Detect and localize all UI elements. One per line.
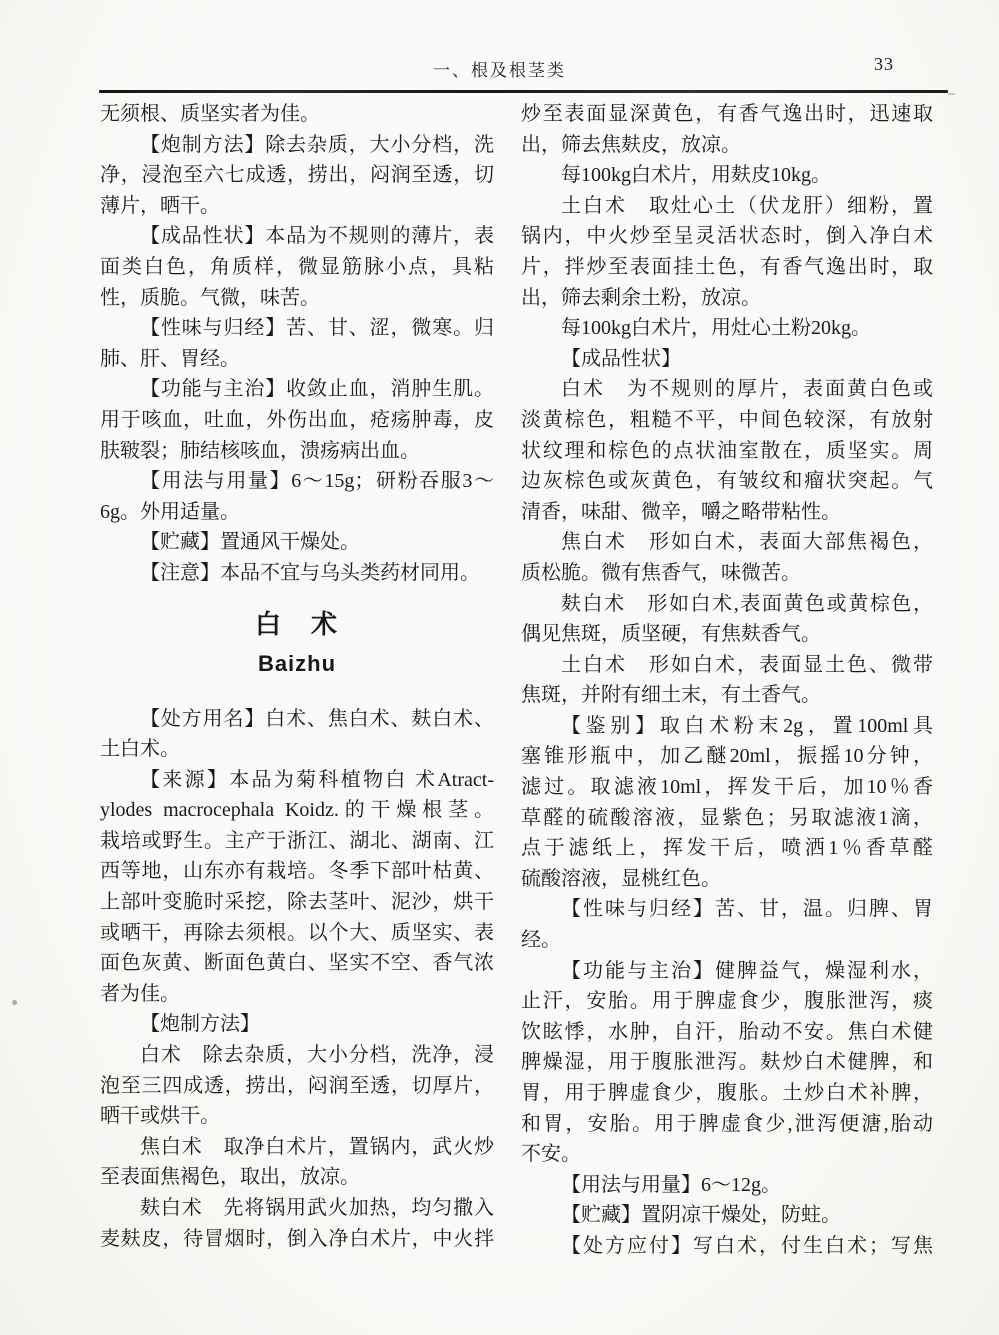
text-line: 西等地，山东亦有栽培。冬季下部叶枯黄、 xyxy=(100,856,494,887)
text-line: 土白术 取灶心土（伏龙肝）细粉，置 xyxy=(521,191,933,222)
text-line: 薄片，晒干。 xyxy=(100,191,494,222)
text-line: 上部叶变脆时采挖，除去茎叶、泥沙，烘干 xyxy=(100,887,494,918)
text-line: 6g。外用适量。 xyxy=(100,497,494,528)
text-line: 锅内，中火炒至呈灵活状态时，倒入净白术 xyxy=(521,221,933,252)
text-line: 滤过。取滤液10ml，挥发干后，加10％香 xyxy=(521,772,933,803)
text-line: 每100kg白术片，用灶心土粉20kg。 xyxy=(521,313,933,344)
text-line: 淡黄棕色，粗糙不平，中间色较深，有放射 xyxy=(521,405,933,436)
text-line: 【来源】本品为菊科植物白 术Atract- xyxy=(100,765,494,796)
text-line: 脾燥湿，用于腹胀泄泻。麸炒白术健脾，和 xyxy=(521,1047,933,1078)
text-line: 面类白色，角质样，微显筋脉小点，具粘 xyxy=(100,252,494,283)
text-line: 【贮藏】置阴凉干燥处，防蛀。 xyxy=(521,1200,933,1231)
text-line: 或晒干，再除去须根。以个大、质坚实、表 xyxy=(100,918,494,949)
text-line: 片，拌炒至表面挂土色，有香气逸出时，取 xyxy=(521,252,933,283)
text-line: 出，筛去焦麸皮，放凉。 xyxy=(521,130,933,161)
text-line: 泡至三四成透，捞出，闷润至透，切厚片， xyxy=(100,1071,494,1102)
text-line: 【用法与用量】6～15g；研粉吞服3～ xyxy=(100,466,494,497)
text-line: 【注意】本品不宜与乌头类药材同用。 xyxy=(100,558,494,589)
text-line: 清香，味甜、微辛，嚼之略带粘性。 xyxy=(521,497,933,528)
text-line: 偶见焦斑，质坚硬，有焦麸香气。 xyxy=(521,619,933,650)
text-line: 硫酸溶液，显桃红色。 xyxy=(521,864,933,895)
text-line: 经。 xyxy=(521,925,933,956)
text-line: ylodes macrocephala Koidz.的干燥根茎。 xyxy=(100,795,494,826)
text-line: 塞锥形瓶中，加乙醚20ml，振摇10分钟， xyxy=(521,741,933,772)
header-rule xyxy=(99,90,948,93)
text-line: 质松脆。微有焦香气，味微苦。 xyxy=(521,558,933,589)
text-line: 【功能与主治】健脾益气，燥湿利水， xyxy=(521,956,933,987)
text-line: 晒干或烘干。 xyxy=(100,1101,494,1132)
text-line: 【功能与主治】收敛止血，消肿生肌。 xyxy=(100,374,494,405)
text-line: 土白术 形如白术，表面显土色、微带 xyxy=(521,650,933,681)
text-line: 每100kg白术片，用麸皮10kg。 xyxy=(521,160,933,191)
text-line: 【鉴别】取白术粉末2g，置100ml具 xyxy=(521,711,933,742)
text-line: 麸白术 形如白术,表面黄色或黄棕色， xyxy=(521,589,933,620)
text-line: 无须根、质坚实者为佳。 xyxy=(100,99,494,130)
text-line: 出，筛去剩余土粉，放凉。 xyxy=(521,283,933,314)
text-line: 胃，用于脾虚食少，腹胀。土炒白术补脾， xyxy=(521,1078,933,1109)
text-line: 【性味与归经】苦、甘，温。归脾、胃 xyxy=(521,894,933,925)
text-line: 净，浸泡至六七成透，捞出，闷润至透，切 xyxy=(100,160,494,191)
text-line: 【成品性状】 xyxy=(521,344,933,375)
text-line: 和胃，安胎。用于脾虚食少,泄泻便溏,胎动 xyxy=(521,1109,933,1140)
text-line: 草醛的硫酸溶液，显紫色；另取滤液1滴， xyxy=(521,803,933,834)
text-line: 焦斑，并附有细土末，有土香气。 xyxy=(521,680,933,711)
text-line: 【炮制方法】除去杂质，大小分档，洗 xyxy=(100,130,494,161)
text-line: 者为佳。 xyxy=(100,979,494,1010)
text-column-left: 无须根、质坚实者为佳。【炮制方法】除去杂质，大小分档，洗净，浸泡至六七成透，捞出… xyxy=(100,99,494,1254)
text-line: 【贮藏】置通风干燥处。 xyxy=(100,527,494,558)
scan-speck xyxy=(12,1000,17,1005)
scanned-book-page: 一、根及根茎类 33 无须根、质坚实者为佳。【炮制方法】除去杂质，大小分档，洗净… xyxy=(0,0,999,1335)
text-line: 点于滤纸上，挥发干后，喷洒1％香草醛 xyxy=(521,833,933,864)
text-line: 边灰棕色或灰黄色，有皱纹和瘤状突起。气 xyxy=(521,466,933,497)
page-number: 33 xyxy=(874,54,918,75)
text-line: 麸白术 先将锅用武火加热，均匀撒入 xyxy=(100,1193,494,1224)
text-line: 土白术。 xyxy=(100,734,494,765)
text-line: 至表面焦褐色，取出，放凉。 xyxy=(100,1162,494,1193)
text-line: 饮眩悸，水肿，自汗，胎动不安。焦白术健 xyxy=(521,1017,933,1048)
text-line: 状纹理和棕色的点状油室散在，质坚实。周 xyxy=(521,436,933,467)
text-line: 焦白术 形如白术，表面大部焦褐色， xyxy=(521,527,933,558)
text-line: 肤皲裂；肺结核咳血，溃疡病出血。 xyxy=(100,436,494,467)
text-line: 【处方应付】写白术，付生白术；写焦 xyxy=(521,1231,933,1262)
text-line: 用于咳血，吐血，外伤出血，疮疡肿毒，皮 xyxy=(100,405,494,436)
entry-pinyin: Baizhu xyxy=(100,649,494,677)
text-line: 【处方用名】白术、焦白术、麸白术、 xyxy=(100,704,494,735)
text-line: 不安。 xyxy=(521,1139,933,1170)
text-line: 面色灰黄、断面色黄白、坚实不空、香气浓 xyxy=(100,948,494,979)
text-line: 【用法与用量】6～12g。 xyxy=(521,1170,933,1201)
text-line: 焦白术 取净白术片，置锅内，武火炒 xyxy=(100,1132,494,1163)
text-line: 炒至表面显深黄色，有香气逸出时，迅速取 xyxy=(521,99,933,130)
text-line: 白术 为不规则的厚片，表面黄白色或 xyxy=(521,374,933,405)
text-line: 止汗，安胎。用于脾虚食少，腹胀泄泻，痰 xyxy=(521,986,933,1017)
text-line: 白术 除去杂质，大小分档，洗净，浸 xyxy=(100,1040,494,1071)
entry-title: 白 术 xyxy=(100,610,494,646)
text-line: 【成品性状】本品为不规则的薄片，表 xyxy=(100,221,494,252)
text-line: 肺、肝、胃经。 xyxy=(100,344,494,375)
scan-speck xyxy=(948,93,955,95)
text-line: 【炮制方法】 xyxy=(100,1009,494,1040)
text-line: 【性味与归经】苦、甘、涩，微寒。归 xyxy=(100,313,494,344)
running-head-section-title: 一、根及根茎类 xyxy=(0,56,999,80)
text-line: 麦麸皮，待冒烟时，倒入净白术片，中火拌 xyxy=(100,1224,494,1255)
text-line: 栽培或野生。主产于浙江、湖北、湖南、江 xyxy=(100,826,494,857)
text-line: 性，质脆。气微，味苦。 xyxy=(100,283,494,314)
text-column-right: 炒至表面显深黄色，有香气逸出时，迅速取出，筛去焦麸皮，放凉。每100kg白术片，… xyxy=(521,99,933,1262)
